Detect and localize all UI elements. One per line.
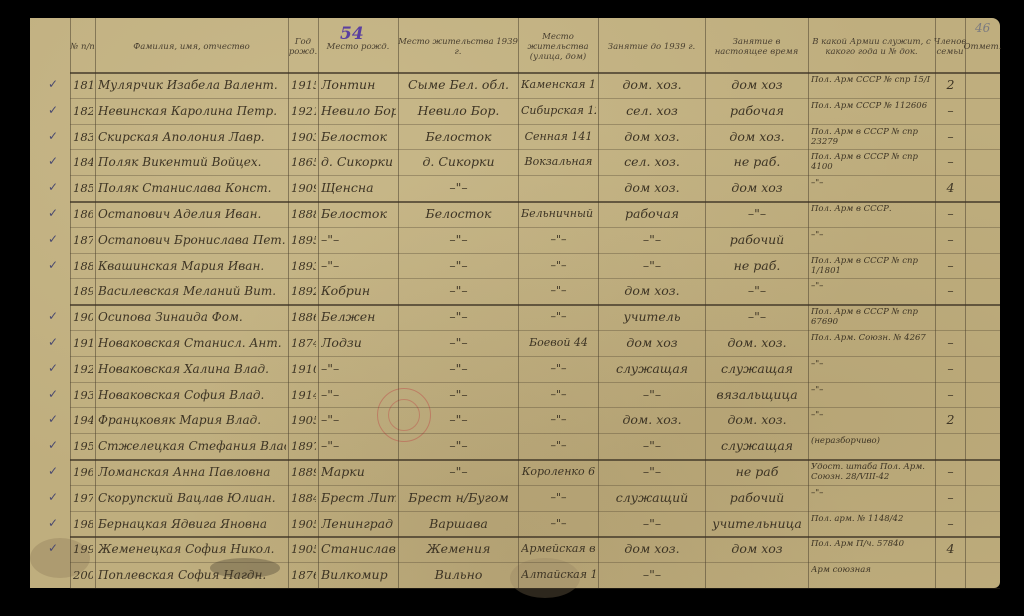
cell-birthplace: Щенсна [321, 180, 396, 196]
cell-army: –"– [811, 230, 933, 240]
cell-name: Жеменецкая София Никол. [98, 541, 286, 557]
cell-no: 191 [73, 335, 93, 351]
check-mark: ✓ [48, 412, 58, 426]
cell-no: 199 [73, 541, 93, 557]
cell-occupation_now: –"– [708, 309, 806, 325]
cell-no: 188 [73, 258, 93, 274]
cell-name: Новаковская Халина Влад. [98, 361, 286, 377]
cell-year: 1889 [291, 464, 316, 480]
cell-address: –"– [521, 283, 596, 299]
cell-no: 183 [73, 129, 93, 145]
row-rule [70, 588, 1000, 589]
cell-address: Сенная 141 [521, 129, 596, 145]
cell-address: –"– [521, 490, 596, 506]
cell-family: 2 [938, 412, 963, 428]
cell-army: Пол. Арм в СССР № спр 1/1801 [811, 256, 933, 276]
cell-name: Поляк Викентий Войцех. [98, 154, 286, 170]
cell-army: Пол. Арм в СССР. [811, 204, 933, 214]
cell-occupation1939: сел. хоз. [601, 154, 703, 170]
cell-army: –"– [811, 359, 933, 369]
cell-no: 193 [73, 387, 93, 403]
cell-family: 2 [938, 77, 963, 93]
cell-occupation_now: учительница [708, 516, 806, 532]
cell-residence1939: Брест н/Бугом [401, 490, 516, 506]
cell-army: (неразборчиво) [811, 436, 933, 446]
cell-birthplace: Ленинград [321, 516, 396, 532]
check-mark: ✓ [48, 361, 58, 375]
cell-army: Пол. Арм СССР № спр 15/I [811, 75, 933, 85]
cell-occupation_now: дом. хоз. [708, 335, 806, 351]
cell-occupation1939: служащий [601, 490, 703, 506]
check-mark: ✓ [48, 258, 58, 272]
column-header-occupation1939: Занятие до 1939 г. [598, 22, 705, 72]
cell-no: 187 [73, 232, 93, 248]
cell-address: Вокзальная [521, 154, 596, 170]
cell-occupation1939: дом хоз. [601, 283, 703, 299]
cell-name: Бернацкая Ядвига Яновна [98, 516, 286, 532]
cell-army: –"– [811, 385, 933, 395]
cell-birthplace: Марки [321, 464, 396, 480]
cell-name: Скорупский Вацлав Юлиан. [98, 490, 286, 506]
cell-name: Квашинская Мария Иван. [98, 258, 286, 274]
check-mark: ✓ [48, 516, 58, 530]
column-header-no: № п/п [70, 22, 95, 72]
cell-birthplace: –"– [321, 387, 396, 403]
cell-family: – [938, 283, 963, 299]
cell-occupation_now: рабочий [708, 490, 806, 506]
cell-family: – [938, 232, 963, 248]
cell-occupation1939: –"– [601, 438, 703, 454]
cell-occupation1939: дом хоз [601, 335, 703, 351]
cell-birthplace: –"– [321, 361, 396, 377]
column-header-address: Место жительства (улица, дом) [518, 22, 598, 72]
check-mark: ✓ [48, 464, 58, 478]
cell-family: – [938, 206, 963, 222]
cell-address: –"– [521, 258, 596, 274]
cell-residence1939: –"– [401, 258, 516, 274]
cell-occupation1939: дом хоз. [601, 541, 703, 557]
check-mark: ✓ [48, 77, 58, 91]
cell-no: 189 [73, 283, 93, 299]
cell-family: – [938, 361, 963, 377]
column-header-birthplace: Место рожд. [318, 22, 398, 72]
ledger-page: 54 46 № п/пФамилия, имя, отчествоГод рож… [30, 18, 1000, 588]
cell-address: –"– [521, 309, 596, 325]
cell-occupation1939: учитель [601, 309, 703, 325]
check-mark: ✓ [48, 309, 58, 323]
cell-army: Пол. Арм в СССР № спр 67690 [811, 307, 933, 327]
cell-year: 1888 [291, 206, 316, 222]
cell-year: 1874 [291, 335, 316, 351]
cell-occupation1939: –"– [601, 464, 703, 480]
cell-family: – [938, 103, 963, 119]
cell-occupation1939: –"– [601, 567, 703, 583]
cell-family: – [938, 387, 963, 403]
cell-address: –"– [521, 232, 596, 248]
column-header-occupation_now: Занятие в настоящее время [705, 22, 808, 72]
cell-occupation1939: дом. хоз. [601, 412, 703, 428]
cell-address: Бельничный 10 [521, 206, 596, 222]
cell-occupation1939: служащая [601, 361, 703, 377]
cell-occupation_now: вязальщица [708, 387, 806, 403]
cell-residence1939: –"– [401, 180, 516, 196]
cell-no: 198 [73, 516, 93, 532]
cell-birthplace: Станислав. [321, 541, 396, 557]
cell-no: 186 [73, 206, 93, 222]
cell-residence1939: Белосток [401, 129, 516, 145]
cell-year: 1903 [291, 129, 316, 145]
cell-no: 200 [73, 567, 93, 583]
cell-year: 1884 [291, 490, 316, 506]
cell-occupation1939: –"– [601, 387, 703, 403]
cell-residence1939: –"– [401, 309, 516, 325]
cell-year: 1915 [291, 77, 316, 93]
cell-birthplace: Кобрин [321, 283, 396, 299]
cell-occupation_now: дом хоз [708, 180, 806, 196]
cell-name: Францковяк Мария Влад. [98, 412, 286, 428]
cell-year: 1905 [291, 516, 316, 532]
cell-birthplace: Белосток [321, 129, 396, 145]
cell-occupation_now: дом хоз. [708, 129, 806, 145]
cell-occupation1939: дом хоз. [601, 180, 703, 196]
cell-address: Каменская 11 [521, 77, 596, 93]
cell-occupation_now: служащая [708, 438, 806, 454]
check-mark: ✓ [48, 103, 58, 117]
cell-occupation_now: –"– [708, 283, 806, 299]
cell-family: – [938, 464, 963, 480]
cell-army: Удост. штаба Пол. Арм. Союзн. 28/VIII-42 [811, 462, 933, 482]
cell-name: Остапович Бронислава Пет. [98, 232, 286, 248]
cell-name: Осипова Зинаида Фом. [98, 309, 286, 325]
cell-residence1939: Жемения [401, 541, 516, 557]
cell-address: –"– [521, 438, 596, 454]
cell-no: 185 [73, 180, 93, 196]
cell-residence1939: –"– [401, 464, 516, 480]
cell-occupation1939: дом. хоз. [601, 77, 703, 93]
cell-year: 1886 [291, 309, 316, 325]
cell-family: – [938, 258, 963, 274]
cell-address: –"– [521, 412, 596, 428]
cell-family: – [938, 516, 963, 532]
cell-address: Алтайская 17 [521, 567, 596, 583]
cell-address: Боевой 44 [521, 335, 596, 351]
cell-no: 192 [73, 361, 93, 377]
cell-residence1939: –"– [401, 438, 516, 454]
cell-address: –"– [521, 516, 596, 532]
cell-army: Арм союзная [811, 565, 933, 575]
cell-occupation_now: рабочий [708, 232, 806, 248]
cell-occupation_now: дом. хоз. [708, 412, 806, 428]
column-header-army: В какой Армии служит, с какого года и № … [808, 22, 935, 72]
check-mark: ✓ [48, 206, 58, 220]
cell-no: 197 [73, 490, 93, 506]
cell-name: Поплевская София Нагдн. [98, 567, 286, 583]
cell-occupation1939: рабочая [601, 206, 703, 222]
cell-occupation_now: не раб. [708, 258, 806, 274]
check-mark: ✓ [48, 232, 58, 246]
cell-occupation_now: дом хоз [708, 541, 806, 557]
cell-army: Пол. арм. № 1148/42 [811, 514, 933, 524]
check-mark: ✓ [48, 180, 58, 194]
cell-birthplace: Белосток [321, 206, 396, 222]
cell-year: 1865 [291, 154, 316, 170]
cell-name: Василевская Меланий Вит. [98, 283, 286, 299]
cell-residence1939: Вильно [401, 567, 516, 583]
check-mark: ✓ [48, 129, 58, 143]
cell-residence1939: –"– [401, 335, 516, 351]
cell-residence1939: д. Сикорки [401, 154, 516, 170]
cell-no: 184 [73, 154, 93, 170]
cell-army: –"– [811, 488, 933, 498]
check-mark: ✓ [48, 438, 58, 452]
cell-residence1939: Белосток [401, 206, 516, 222]
cell-occupation1939: –"– [601, 258, 703, 274]
cell-name: Остапович Аделия Иван. [98, 206, 286, 222]
cell-year: 1895 [291, 232, 316, 248]
cell-year: 1905 [291, 412, 316, 428]
cell-army: Пол. Арм в СССР № спр 23279 [811, 127, 933, 147]
cell-no: 182 [73, 103, 93, 119]
cell-name: Скирская Аполония Лавр. [98, 129, 286, 145]
cell-residence1939: Варшава [401, 516, 516, 532]
check-mark: ✓ [48, 541, 58, 555]
cell-address: –"– [521, 387, 596, 403]
cell-year: 1893 [291, 258, 316, 274]
cell-army: –"– [811, 281, 933, 291]
cell-residence1939: –"– [401, 361, 516, 377]
check-mark: ✓ [48, 387, 58, 401]
cell-birthplace: –"– [321, 412, 396, 428]
cell-family: – [938, 490, 963, 506]
cell-occupation_now: не раб. [708, 154, 806, 170]
cell-army: Пол. Арм П/ч. 57840 [811, 539, 933, 549]
cell-address: Сибирская 12 [521, 103, 596, 119]
cell-residence1939: –"– [401, 232, 516, 248]
cell-no: 194 [73, 412, 93, 428]
cell-occupation_now: рабочая [708, 103, 806, 119]
cell-name: Поляк Станислава Конст. [98, 180, 286, 196]
cell-no: 196 [73, 464, 93, 480]
cell-army: Пол. Арм. Союзн. № 4267 [811, 333, 933, 343]
cell-birthplace: Невило Бор. [321, 103, 396, 119]
column-header-residence1939: Место жительства 1939 г. [398, 22, 518, 72]
cell-family: 4 [938, 180, 963, 196]
cell-year: 1914 [291, 387, 316, 403]
column-header-extra: Отмет. [965, 22, 1000, 72]
cell-name: Мулярчик Изабела Валент. [98, 77, 286, 93]
cell-occupation1939: дом хоз. [601, 129, 703, 145]
cell-occupation_now: не раб [708, 464, 806, 480]
cell-year: 1897 [291, 438, 316, 454]
cell-no: 190 [73, 309, 93, 325]
cell-year: 1892 [291, 283, 316, 299]
column-header-name: Фамилия, имя, отчество [95, 22, 288, 72]
check-mark: ✓ [48, 154, 58, 168]
cell-address: Армейская вер. [521, 541, 596, 557]
check-mark: ✓ [48, 490, 58, 504]
cell-army: Пол. Арм СССР № 112606 [811, 101, 933, 111]
cell-army: Пол. Арм в СССР № спр 4100 [811, 152, 933, 172]
cell-occupation_now: дом хоз [708, 77, 806, 93]
cell-family: 4 [938, 541, 963, 557]
cell-year: 1910 [291, 361, 316, 377]
cell-name: Новаковская София Влад. [98, 387, 286, 403]
cell-army: –"– [811, 410, 933, 420]
cell-residence1939: –"– [401, 387, 516, 403]
cell-no: 195 [73, 438, 93, 454]
cell-occupation1939: –"– [601, 516, 703, 532]
cell-army: –"– [811, 178, 933, 188]
cell-address: –"– [521, 361, 596, 377]
cell-occupation_now: служащая [708, 361, 806, 377]
cell-occupation1939: –"– [601, 232, 703, 248]
cell-residence1939: Невило Бор. [401, 103, 516, 119]
cell-birthplace: д. Сикорки [321, 154, 396, 170]
cell-birthplace: Брест Лит. [321, 490, 396, 506]
cell-year: 1921 [291, 103, 316, 119]
cell-residence1939: –"– [401, 283, 516, 299]
cell-no: 181 [73, 77, 93, 93]
cell-birthplace: –"– [321, 438, 396, 454]
cell-family: – [938, 129, 963, 145]
cell-occupation_now: –"– [708, 206, 806, 222]
cell-residence1939: –"– [401, 412, 516, 428]
cell-birthplace: Лонтин [321, 77, 396, 93]
cell-birthplace: –"– [321, 258, 396, 274]
cell-birthplace: Белжен [321, 309, 396, 325]
column-header-family: Членов семьи [935, 22, 965, 72]
cell-birthplace: Вилкомир [321, 567, 396, 583]
cell-year: 1909 [291, 180, 316, 196]
cell-name: Новаковская Станисл. Ант. [98, 335, 286, 351]
cell-name: Ломанская Анна Павловна [98, 464, 286, 480]
check-mark: ✓ [48, 335, 58, 349]
cell-year: 1876 [291, 567, 316, 583]
cell-residence1939: Сыме Бел. обл. [401, 77, 516, 93]
cell-family: – [938, 154, 963, 170]
cell-family: – [938, 335, 963, 351]
column-header-year: Год рожд. [288, 22, 318, 72]
cell-occupation1939: сел. хоз [601, 103, 703, 119]
cell-birthplace: –"– [321, 232, 396, 248]
cell-birthplace: Лодзи [321, 335, 396, 351]
cell-address: Короленко 6 [521, 464, 596, 480]
cell-name: Невинская Каролина Петр. [98, 103, 286, 119]
cell-name: Стжелецкая Стефания Влад. [98, 438, 286, 454]
cell-year: 1905 [291, 541, 316, 557]
